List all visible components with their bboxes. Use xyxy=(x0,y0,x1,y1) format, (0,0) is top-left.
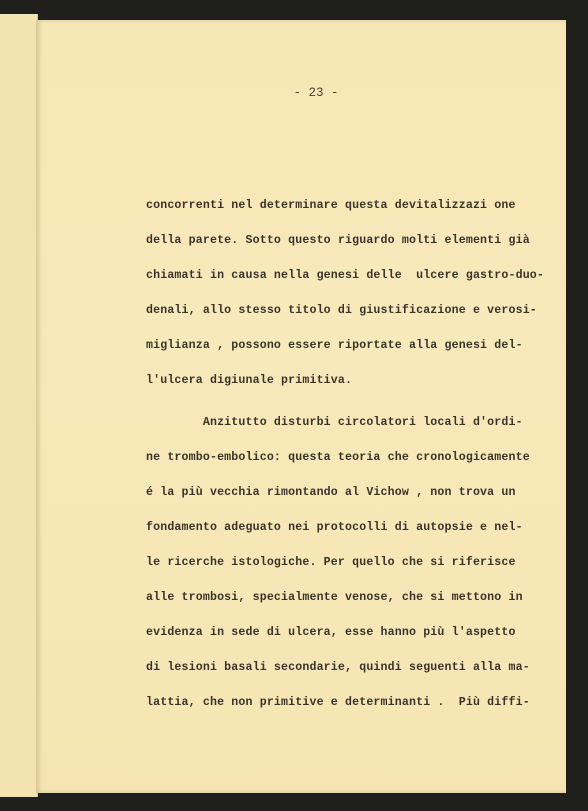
text-line: chiamati in causa nella genesi delle ulc… xyxy=(146,264,566,299)
document-page: - 23 - concorrenti nel determinare quest… xyxy=(36,20,566,793)
text-line: l'ulcera digiunale primitiva. xyxy=(146,369,566,411)
text-line: denali, allo stesso titolo di giustifica… xyxy=(146,299,566,334)
text-line: lattia, che non primitive e determinanti… xyxy=(146,691,566,726)
previous-page-edge xyxy=(0,14,38,797)
page-number: - 23 - xyxy=(36,86,566,100)
text-line: le ricerche istologiche. Per quello che … xyxy=(146,551,566,586)
text-line: della parete. Sotto questo riguardo molt… xyxy=(146,229,566,264)
text-line: alle trombosi, specialmente venose, che … xyxy=(146,586,566,621)
text-line: concorrenti nel determinare questa devit… xyxy=(146,194,566,229)
typed-body-text: concorrenti nel determinare questa devit… xyxy=(146,194,566,726)
text-line: evidenza in sede di ulcera, esse hanno p… xyxy=(146,621,566,656)
scanned-document: - 23 - concorrenti nel determinare quest… xyxy=(0,0,588,811)
text-line: ne trombo-embolico: questa teoria che cr… xyxy=(146,446,566,481)
text-line: di lesioni basali secondarie, quindi seg… xyxy=(146,656,566,691)
text-line: fondamento adeguato nei protocolli di au… xyxy=(146,516,566,551)
text-line: miglianza , possono essere riportate all… xyxy=(146,334,566,369)
text-line: é la più vecchia rimontando al Vichow , … xyxy=(146,481,566,516)
text-line: Anzitutto disturbi circolatori locali d'… xyxy=(146,411,566,446)
